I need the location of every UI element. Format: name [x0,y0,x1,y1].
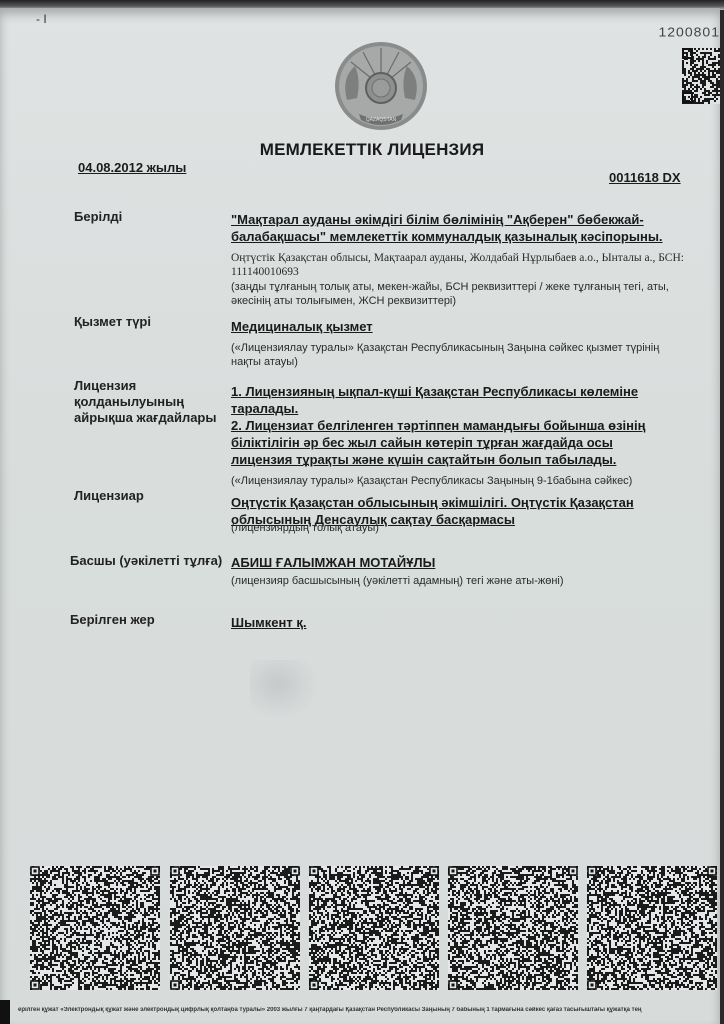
label-place-issued: Берілген жер [70,612,155,628]
scan-edge [0,1000,10,1024]
state-emblem-icon: QAZAQSTAN [333,40,429,132]
corner-mark: - I [36,12,47,26]
qr-code-3-icon [309,866,439,990]
head-note: (лицензияр басшысының (уәкілетті адамның… [231,574,681,588]
qr-code-row [30,866,720,990]
issue-date: 04.08.2012 жылы [78,160,186,175]
label-issued-to: Берілді [74,209,122,225]
label-activity-type: Қызмет түрі [74,314,151,330]
label-special-conditions: Лицензия қолданылуының айрықша жағдайлар… [74,378,224,426]
qr-code-5-icon [587,866,717,990]
label-head: Басшы (уәкілетті тұлға) [70,553,222,569]
qr-code-icon [682,48,720,104]
qr-code-1-icon [30,866,160,990]
serial-number-top: 1200801 [658,25,720,39]
qr-code-4-icon [448,866,578,990]
head-value: АБИШ ҒАЛЫМЖАН МОТАЙҰЛЫ [231,554,671,571]
activity-type-note: («Лицензиялау туралы» Қазақстан Республи… [231,341,681,369]
document-title: МЕМЛЕКЕТТІК ЛИЦЕНЗИЯ [0,140,724,160]
special-condition-1: 1. Лицензияның ықпал-күші Қазақстан Респ… [231,383,651,417]
footer-legal-text: ерілген құжат «Электрондық құжат және эл… [18,1007,718,1013]
special-condition-2: 2. Лицензиат белгіленген тәртіппен маман… [231,417,651,468]
license-number: 0011618 DX [609,170,681,185]
svg-text:QAZAQSTAN: QAZAQSTAN [366,117,397,123]
issued-to-value: "Мақтарал ауданы әкімдігі білім бөліміні… [231,211,676,245]
stamp-smudge [250,660,320,720]
label-licensor: Лицензиар [74,488,144,504]
issued-to-note: (заңды тұлғаның толық аты, мекен-жайы, Б… [231,280,691,308]
special-conditions-note: («Лицензиялау туралы» Қазақстан Республи… [231,474,691,488]
place-issued-value: Шымкент қ. [231,614,671,631]
issued-to-address: Оңтүстік Қазақстан облысы, Мақтаарал ауд… [231,251,691,279]
qr-code-2-icon [170,866,300,990]
activity-type-value: Медициналық қызмет [231,318,671,335]
licensor-note: (лицензиярдың толық атауы) [231,521,681,535]
